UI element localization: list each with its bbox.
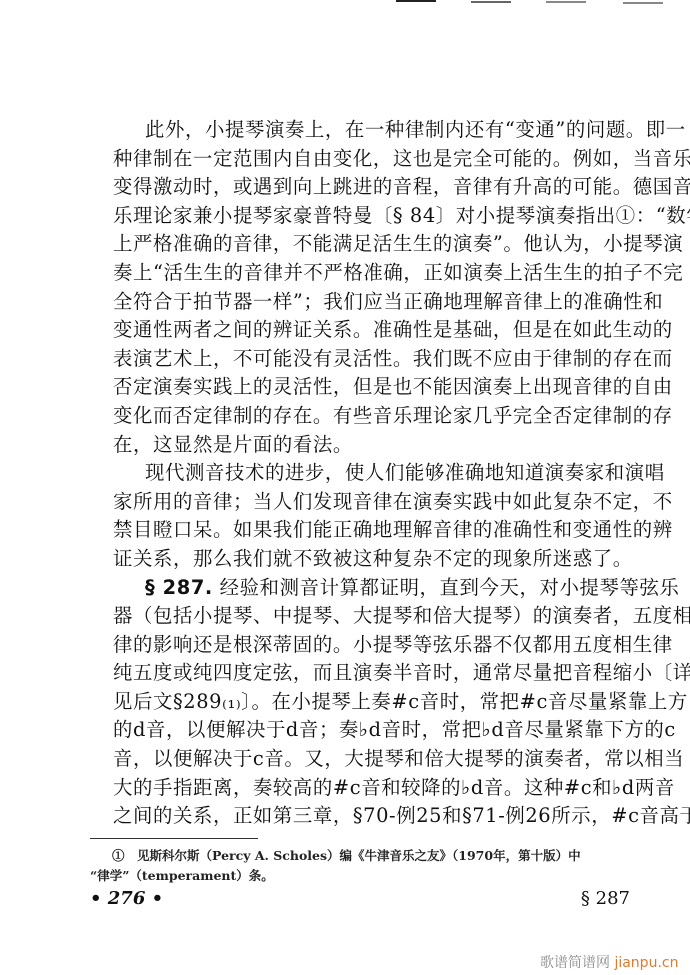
page-number: • 276 •: [90, 888, 163, 909]
paragraph-line: 乐理论家兼小提琴家豪普特曼〔§ 84〕对小提琴演奏指出①：“数学: [113, 202, 623, 231]
paragraph-line: 现代测音技术的进步，使人们能够准确地知道演奏家和演唱: [113, 459, 623, 488]
paragraph-line: 家所用的音律；当人们发现音律在演奏实践中如此复杂不定，不: [113, 488, 623, 517]
paragraph-line: 表演艺术上，不可能没有灵活性。我们既不应由于律制的存在而: [113, 345, 623, 374]
watermark-text: 歌谱简谱网: [540, 955, 610, 971]
footnote-divider: [90, 838, 258, 839]
paragraph-line: 全符合于拍节器一样”；我们应当正确地理解音律上的准确性和: [113, 288, 623, 317]
scan-mark: [546, 1, 586, 3]
paragraph-line: 的d音，以便解决于d音；奏♭d音时，常把♭d音尽量紧靠下方的c: [113, 716, 623, 745]
footnote-line: ① 见斯科尔斯（Percy A. Scholes）编《牛津音乐之友》（1970年…: [90, 846, 630, 866]
paragraph-line: 大的手指距离，奏较高的#c音和较降的♭d音。这种#c和♭d两音: [113, 774, 623, 803]
paragraph-line: 律的影响还是根深蒂固的。小提琴等弦乐器不仅都用五度相生律: [113, 631, 623, 660]
paragraph-line: 上严格准确的音律，不能满足活生生的演奏”。他认为，小提琴演: [113, 230, 623, 259]
paragraph-line: 此外，小提琴演奏上，在一种律制内还有“变通”的问题。即一: [113, 116, 623, 145]
paragraph-line: 之间的关系，正如第三章，§70-例25和§71-例26所示，#c音高于: [113, 802, 623, 831]
paragraph-line: 禁目瞪口呆。如果我们能正确地理解音律的准确性和变通性的辨: [113, 516, 623, 545]
paragraph-line: 见后文§289₍₁₎〕。在小提琴上奏#c音时，常把#c音尽量紧靠上方: [113, 688, 623, 717]
section-label: § 287.: [145, 576, 213, 599]
paragraph-line: 奏上“活生生的音律并不严格准确，正如演奏上活生生的拍子不完: [113, 259, 623, 288]
paragraph-line: 器（包括小提琴、中提琴、大提琴和倍大提琴）的演奏者，五度相生: [113, 602, 623, 631]
footnote-line: “律学”（temperament）条。: [90, 866, 630, 886]
scan-mark: [623, 2, 663, 4]
paragraph-line: 纯五度或纯四度定弦，而且演奏半音时，通常尽量把音程缩小〔详: [113, 659, 623, 688]
running-section-ref: § 287: [581, 888, 630, 909]
paragraph-line: 种律制在一定范围内自由变化，这也是完全可能的。例如，当音乐: [113, 145, 623, 174]
watermark: 歌谱简谱网 jianpu.cn: [540, 952, 678, 972]
paragraph-line: 变通性两者之间的辨证关系。准确性是基础，但是在如此生动的: [113, 316, 623, 345]
paragraph-line: 变化而否定律制的存在。有些音乐理论家几乎完全否定律制的存: [113, 402, 623, 431]
page-footer: • 276 • § 287: [90, 888, 630, 914]
paragraph-line: 音，以便解决于c音。又，大提琴和倍大提琴的演奏者，常以相当: [113, 745, 623, 774]
paragraph-line: 在，这显然是片面的看法。: [113, 431, 623, 460]
paragraph-line-text: 经验和测音计算都证明，直到今天，对小提琴等弦乐: [220, 576, 680, 599]
body-text: 此外，小提琴演奏上，在一种律制内还有“变通”的问题。即一 种律制在一定范围内自由…: [113, 116, 623, 831]
watermark-url: jianpu.cn: [614, 955, 678, 971]
footnote: ① 见斯科尔斯（Percy A. Scholes）编《牛津音乐之友》（1970年…: [90, 846, 630, 886]
section-heading-line: § 287. 经验和测音计算都证明，直到今天，对小提琴等弦乐: [113, 574, 623, 603]
paragraph-line: 证关系，那么我们就不致被这种复杂不定的现象所迷惑了。: [113, 545, 623, 574]
scan-mark: [471, 1, 511, 3]
paragraph-line: 否定演奏实践上的灵活性，但是也不能因演奏上出现音律的自由: [113, 373, 623, 402]
paragraph-line: 变得激动时，或遇到向上跳进的音程，音律有升高的可能。德国音: [113, 173, 623, 202]
scan-mark: [396, 0, 436, 2]
